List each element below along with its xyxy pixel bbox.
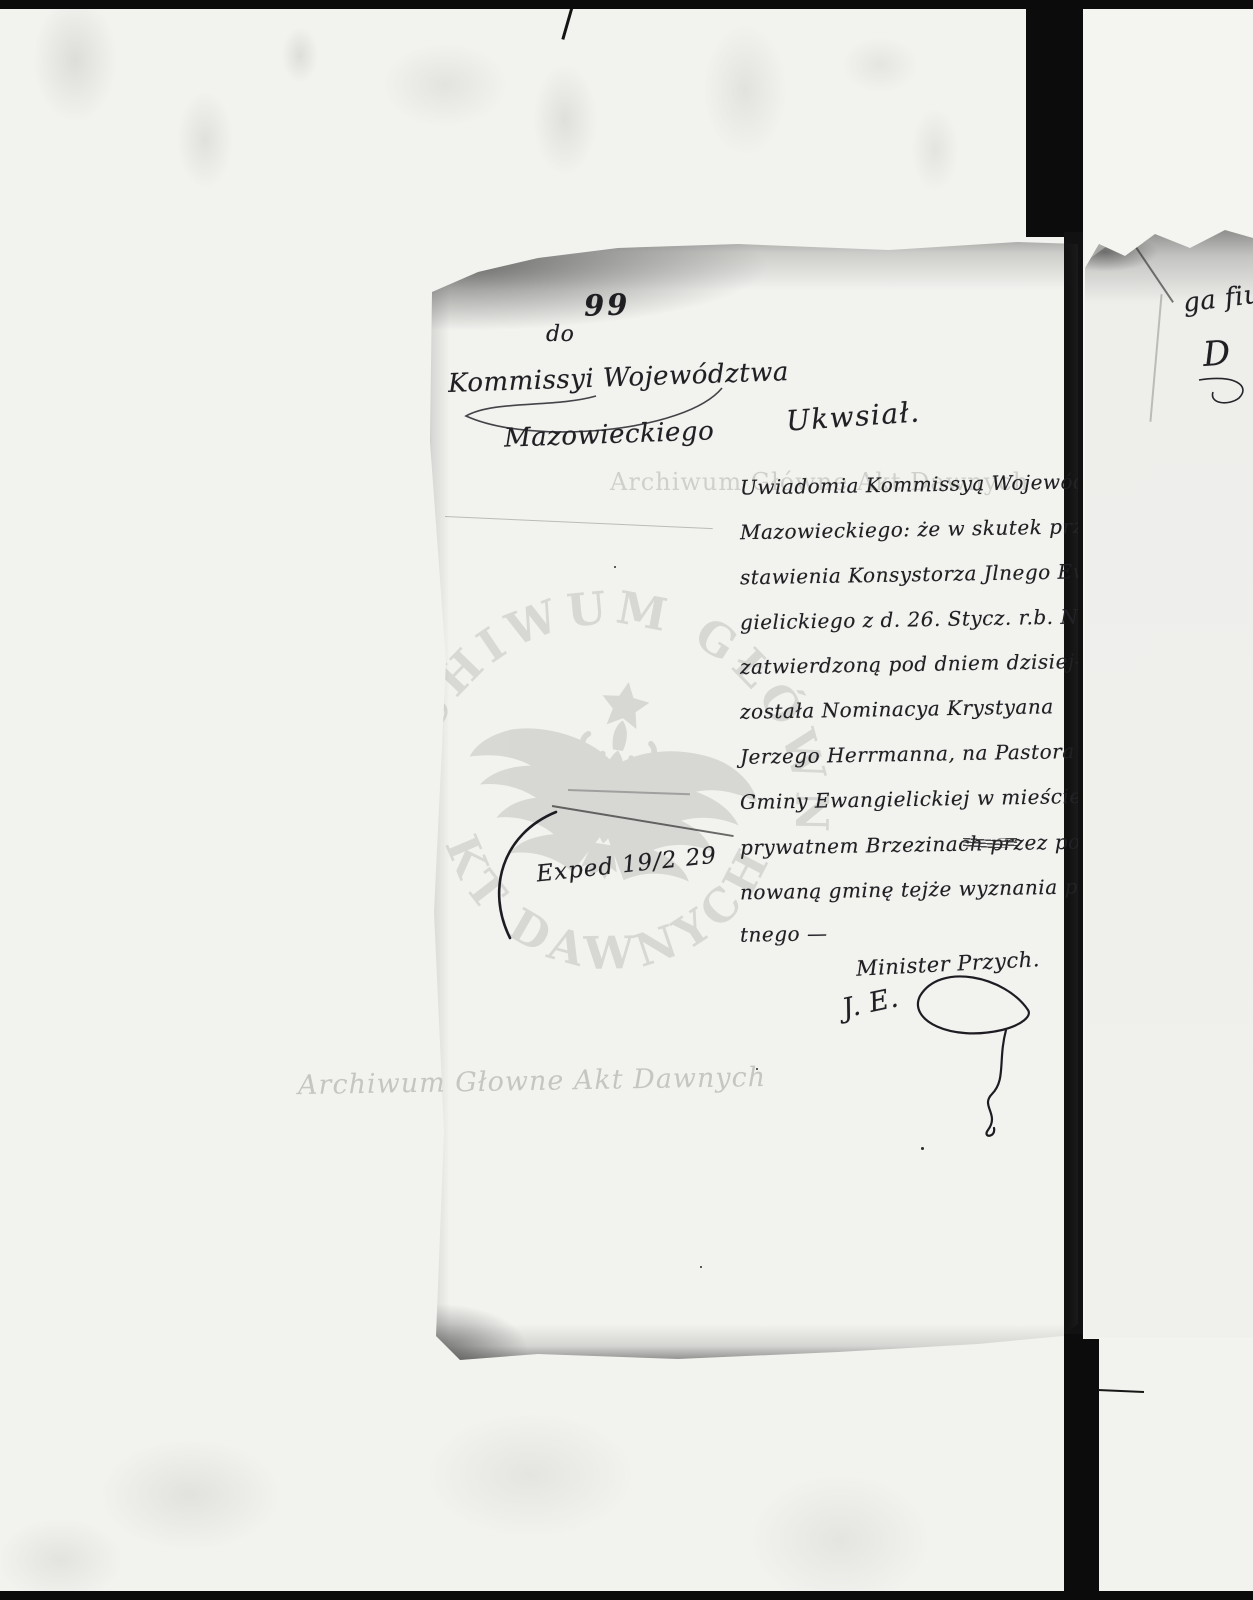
- gutter-shadow-bottom: [1064, 1334, 1099, 1594]
- next-page-initial-fragment: D: [1202, 333, 1232, 375]
- letter-page: ARCHIWUM GŁÓWNE AKT DAWNYCH: [418, 232, 1078, 1360]
- signature-paraph: [910, 968, 1040, 1143]
- body-line: tnego —: [740, 921, 828, 947]
- archival-scan: ga fiu D ARCHIWUM GŁÓWNE AKT DAWNYCH: [0, 0, 1253, 1600]
- body-line: Gminy Ewangielickiej w mieście: [740, 784, 1082, 814]
- signature-initials: J. E.: [839, 982, 901, 1024]
- body-line: zatwierdzoną pod dniem dzisiej-: [740, 649, 1082, 679]
- docket-heading: Ukwsiał.: [785, 395, 922, 437]
- addressee-flourish: [436, 382, 736, 442]
- crossed-out-word-scribble: [963, 838, 1017, 848]
- ink-speck: [614, 566, 616, 568]
- next-page: ga fiu D: [1085, 222, 1253, 1338]
- next-page-flourish: [1195, 372, 1253, 412]
- ink-speck: [921, 1147, 924, 1150]
- body-line: Mazowieckiego: że w skutek przed-: [740, 514, 1117, 545]
- ink-speck: [700, 1266, 702, 1268]
- body-line: stawienia Konsystorza Jlnego Ewan-: [740, 559, 1124, 590]
- folio-number: 99: [583, 287, 631, 323]
- gutter-shadow-top: [1026, 9, 1085, 237]
- salutation: do: [546, 322, 574, 347]
- photo-edge-top: [0, 0, 1253, 9]
- body-line: została Nominacya Krystyana: [740, 694, 1054, 723]
- photo-edge-bottom: [0, 1591, 1253, 1600]
- body-line: Jerzego Herrmanna, na Pastora: [740, 739, 1075, 769]
